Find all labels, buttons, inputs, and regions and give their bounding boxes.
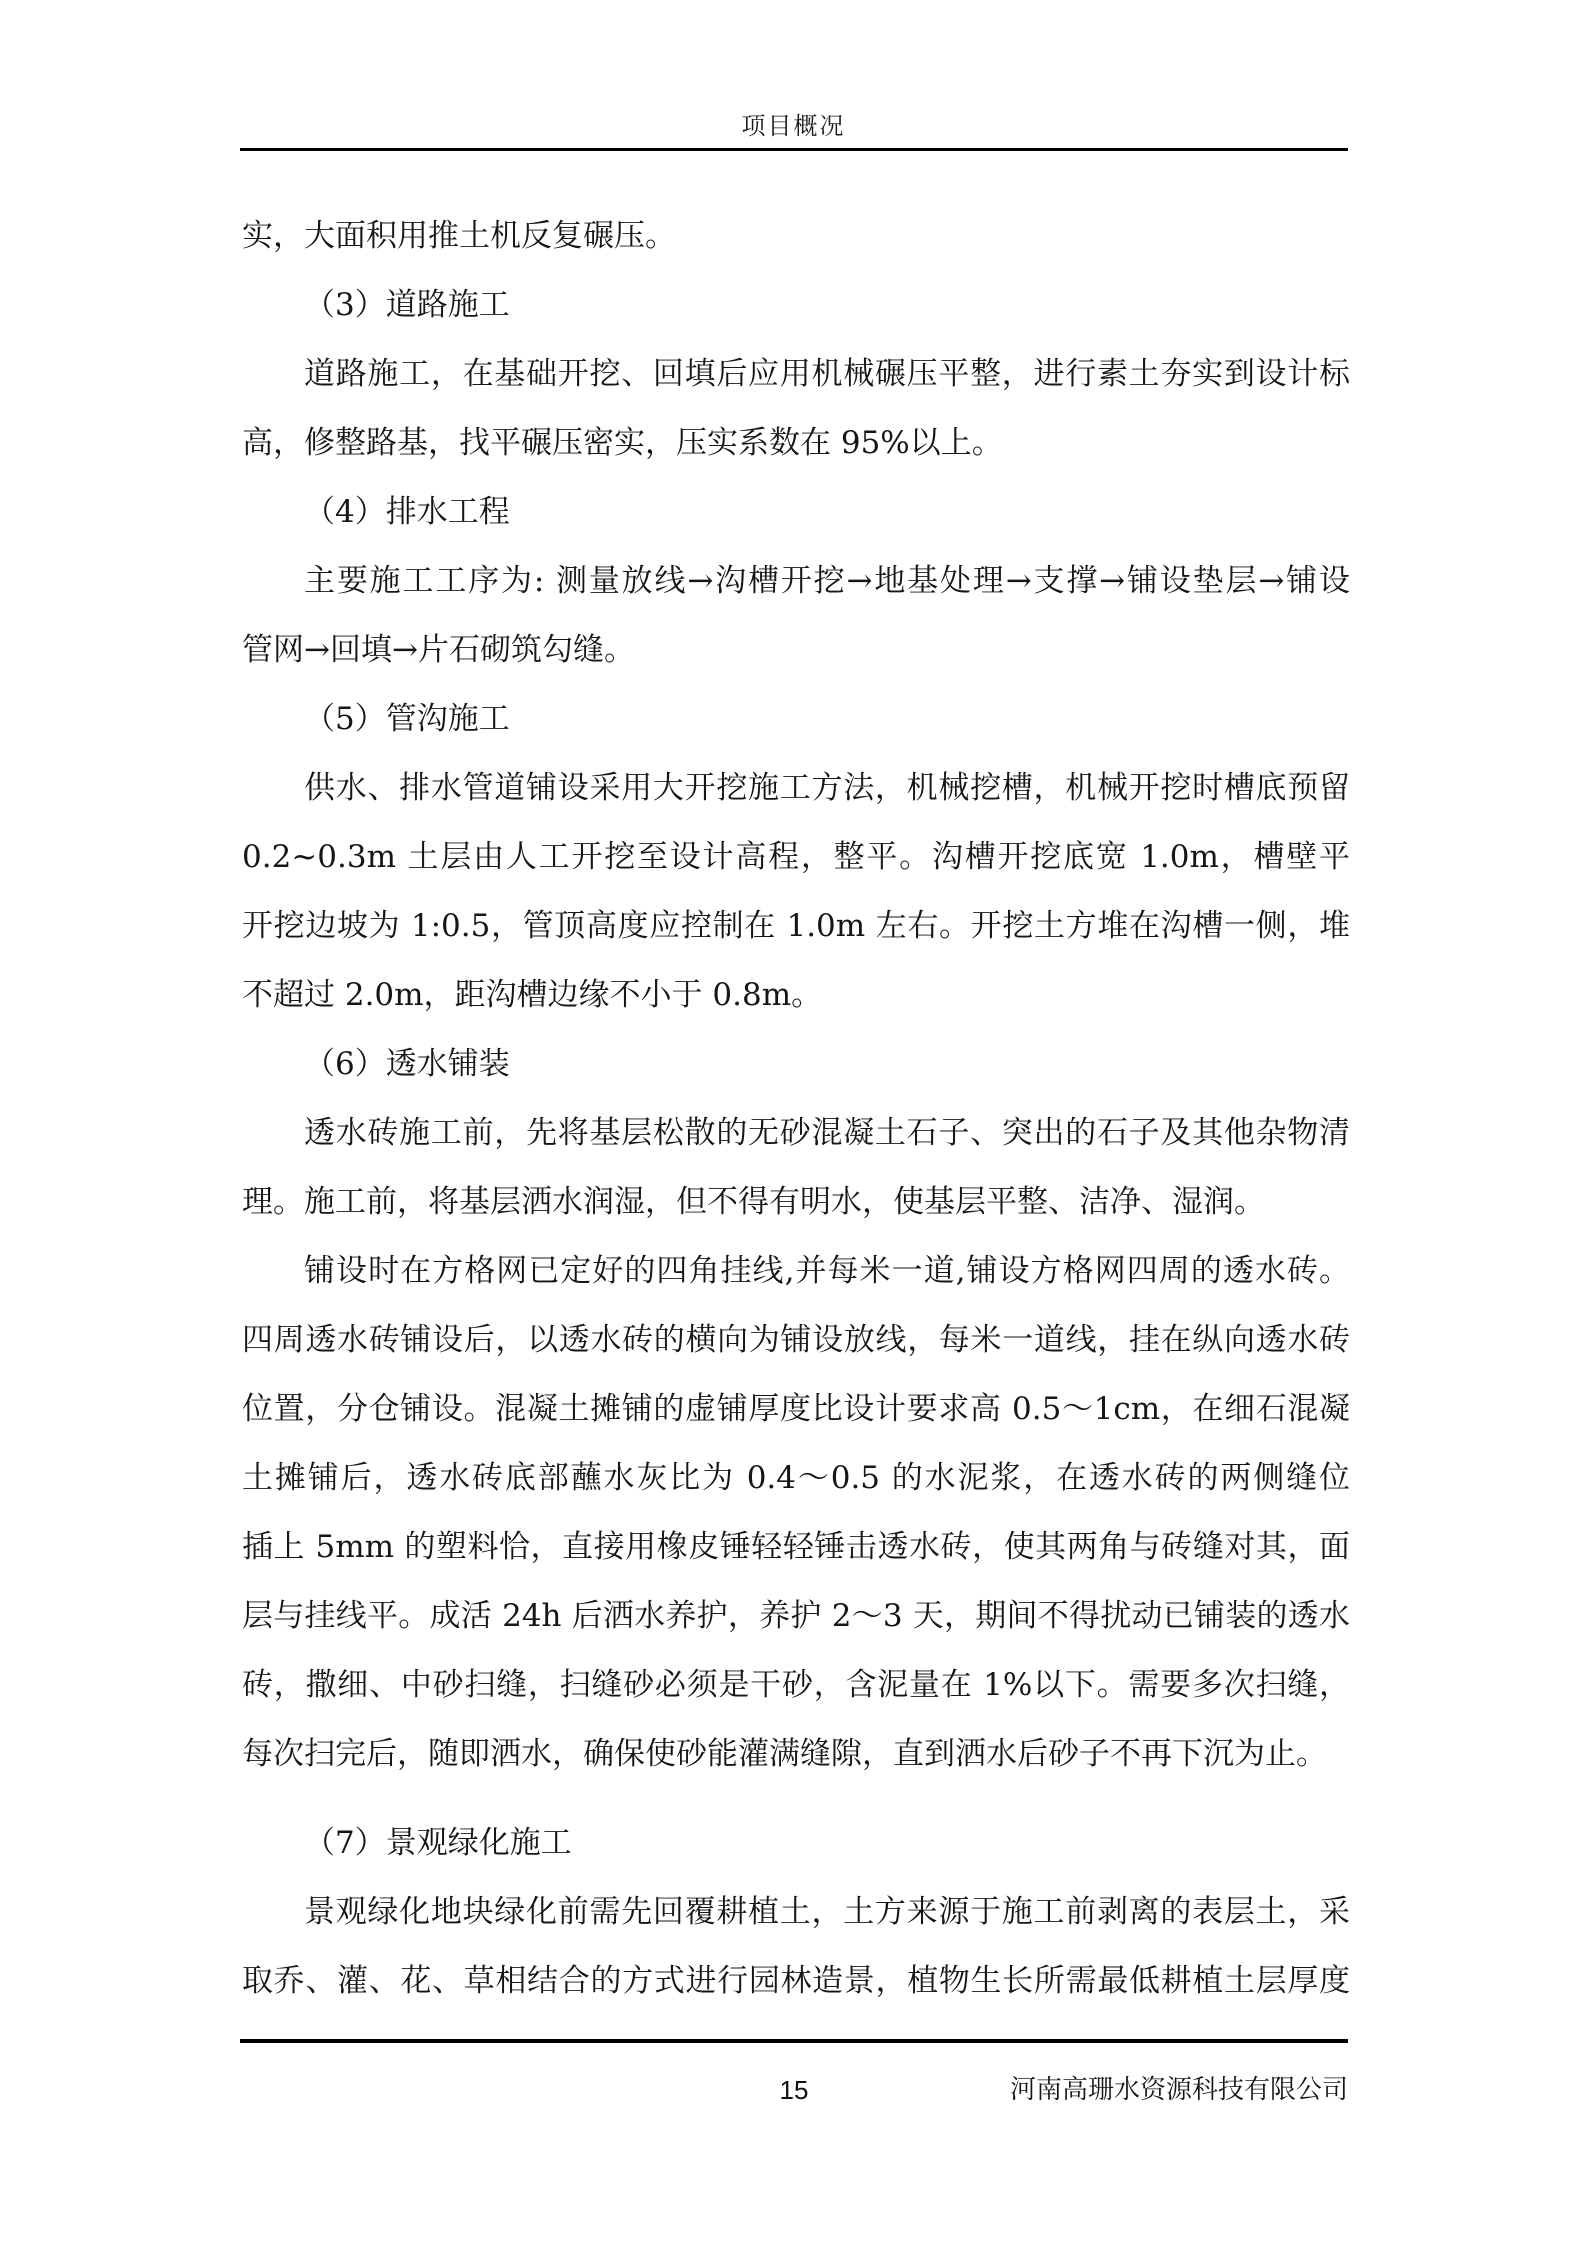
paragraph-line: 位置，分仓铺设。混凝土摊铺的虚铺厚度比设计要求高 0.5～1cm，在细石混凝 bbox=[242, 1375, 1350, 1444]
paragraph-line: 土摊铺后，透水砖底部蘸水灰比为 0.4～0.5 的水泥浆，在透水砖的两侧缝位置， bbox=[242, 1444, 1350, 1513]
paragraph-line: 实，大面积用推土机反复碾压。 bbox=[242, 202, 1350, 271]
section-heading: （4）排水工程 bbox=[242, 478, 1350, 547]
section-heading: （3）道路施工 bbox=[242, 271, 1350, 340]
paragraph-line: 层与挂线平。成活 24h 后洒水养护，养护 2～3 天，期间不得扰动已铺装的透水 bbox=[242, 1582, 1350, 1651]
paragraph-line: 0.2~0.3m 土层由人工开挖至设计高程，整平。沟槽开挖底宽 1.0m，槽壁平… bbox=[242, 823, 1350, 892]
company-name: 河南高珊水资源科技有限公司 bbox=[240, 2073, 1348, 2107]
paragraph-line: 高，修整路基，找平碾压密实，压实系数在 95%以上。 bbox=[242, 409, 1350, 478]
document-body: 实，大面积用推土机反复碾压。 （3）道路施工 道路施工，在基础开挖、回填后应用机… bbox=[242, 202, 1350, 2016]
section-heading: （6）透水铺装 bbox=[242, 1030, 1350, 1099]
paragraph-line: 供水、排水管道铺设采用大开挖施工方法，机械挖槽，机械开挖时槽底预留 bbox=[242, 754, 1350, 823]
paragraph-line: 每次扫完后，随即洒水，确保使砂能灌满缝隙，直到洒水后砂子不再下沉为止。 bbox=[242, 1720, 1350, 1789]
section-heading: （5）管沟施工 bbox=[242, 685, 1350, 754]
section-heading: （7）景观绿化施工 bbox=[242, 1809, 1350, 1878]
paragraph-line: 不超过 2.0m，距沟槽边缘不小于 0.8m。 bbox=[242, 961, 1350, 1030]
paragraph-line: 透水砖施工前，先将基层松散的无砂混凝土石子、突出的石子及其他杂物清 bbox=[242, 1099, 1350, 1168]
paragraph-line: 景观绿化地块绿化前需先回覆耕植土，土方来源于施工前剥离的表层土，采 bbox=[242, 1878, 1350, 1947]
paragraph-line: 插上 5mm 的塑料恰，直接用橡皮锤轻轻锤击透水砖，使其两角与砖缝对其，面 bbox=[242, 1513, 1350, 1582]
document-page: 项目概况 实，大面积用推土机反复碾压。 （3）道路施工 道路施工，在基础开挖、回… bbox=[0, 0, 1587, 2245]
paragraph-line: 开挖边坡为 1:0.5，管顶高度应控制在 1.0m 左右。开挖土方堆在沟槽一侧，… bbox=[242, 892, 1350, 961]
page-header-title: 项目概况 bbox=[0, 106, 1587, 146]
header-rule bbox=[240, 148, 1348, 151]
paragraph-line: 理。施工前，将基层洒水润湿，但不得有明水，使基层平整、洁净、湿润。 bbox=[242, 1168, 1350, 1237]
paragraph-line: 管网→回填→片石砌筑勾缝。 bbox=[242, 616, 1350, 685]
paragraph-line: 四周透水砖铺设后，以透水砖的横向为铺设放线，每米一道线，挂在纵向透水砖 bbox=[242, 1306, 1350, 1375]
paragraph-line: 主要施工工序为: 测量放线→沟槽开挖→地基处理→支撑→铺设垫层→铺设 bbox=[242, 547, 1350, 616]
paragraph-line: 道路施工，在基础开挖、回填后应用机械碾压平整，进行素土夯实到设计标 bbox=[242, 340, 1350, 409]
paragraph-line: 砖，撒细、中砂扫缝，扫缝砂必须是干砂，含泥量在 1%以下。需要多次扫缝， bbox=[242, 1651, 1350, 1720]
paragraph-line: 铺设时在方格网已定好的四角挂线,并每米一道,铺设方格网四周的透水砖。 bbox=[242, 1237, 1350, 1306]
paragraph-line: 取乔、灌、花、草相结合的方式进行园林造景，植物生长所需最低耕植土层厚度 bbox=[242, 1947, 1350, 2016]
footer-rule bbox=[240, 2039, 1348, 2043]
